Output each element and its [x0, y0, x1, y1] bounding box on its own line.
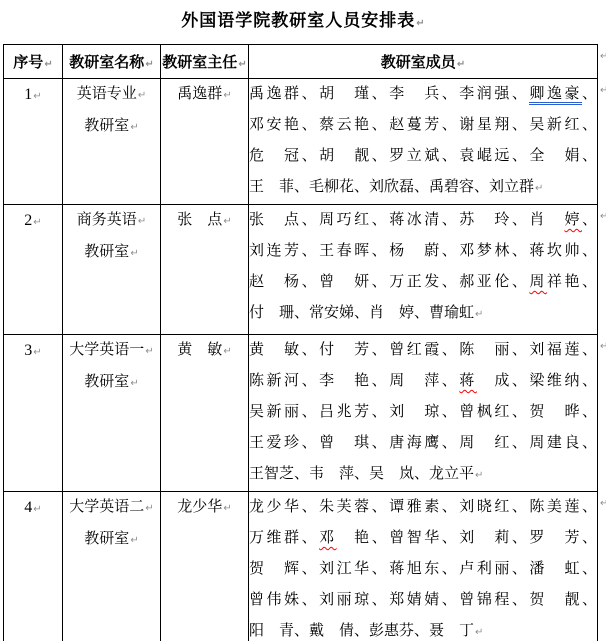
member-names-text: 刘连芳、王春晖、杨 蔚、邓梦林、蒋坎帅、	[249, 243, 597, 259]
office-name-text: 教研室	[84, 244, 129, 260]
office-name-line: 大学英语一↵	[63, 335, 160, 367]
member-names-text: 阳 青、戴 倩、彭惠芬、聂 丁	[249, 623, 474, 639]
header-office-name: 教研室名称↵	[63, 45, 161, 79]
paragraph-mark: ↵	[222, 503, 231, 514]
member-names-text: 成、梁维纳、	[477, 373, 597, 389]
table-row: 2↵商务英语↵教研室↵张 点↵张 点、周巧红、蒋冰清、苏 玲、肖 婷、刘连芳、王…	[4, 205, 598, 335]
member-names-text: 陈新河、李 艳、周 萍、	[249, 373, 459, 389]
office-name-text: 教研室	[84, 374, 129, 390]
member-names-text: 王爱珍、曾 琪、唐海鹰、周 红、周建良、	[249, 435, 597, 451]
paragraph-mark: ↵	[415, 18, 424, 29]
row-end-mark: ↵	[599, 341, 606, 352]
paragraph-mark: ↵	[32, 217, 41, 228]
member-line: 刘连芳、王春晖、杨 蔚、邓梦林、蒋坎帅、	[249, 236, 597, 267]
paragraph-mark: ↵	[32, 504, 41, 515]
office-name-text: 教研室	[84, 531, 129, 547]
office-name-text: 商务英语	[77, 212, 137, 228]
table-row: 3↵大学英语一↵教研室↵黄 敏↵黄 敏、付 芳、曾红霞、陈 丽、刘福莲、陈新河、…	[4, 335, 598, 492]
member-line: 贺 辉、刘江华、蒋旭东、卢利丽、潘 虹、	[249, 554, 597, 585]
member-name-marked: 婷	[564, 212, 582, 228]
cell-no: 4↵	[4, 492, 63, 641]
paragraph-mark: ↵	[129, 122, 138, 133]
row-end-mark: ↵	[599, 211, 606, 222]
director-name: 禹逸群↵	[161, 79, 248, 111]
document-page: 外国语学院教研室人员安排表↵ 序号↵教研室名称↵教研室主任↵教研室成员↵ 1↵英…	[0, 0, 606, 641]
cell-director: 禹逸群↵	[161, 79, 249, 205]
header-row: 序号↵教研室名称↵教研室主任↵教研室成员↵	[4, 45, 598, 79]
cell-members: 禹逸群、胡 瑾、李 兵、李润强、卿逸豪、邓安艳、蔡云艳、赵蔓芳、谢星翔、吴新红、…	[249, 79, 598, 205]
office-name-line: 教研室↵	[63, 237, 160, 269]
member-line: 张 点、周巧红、蒋冰清、苏 玲、肖 婷、	[249, 205, 597, 236]
page-title-text: 外国语学院教研室人员安排表	[181, 11, 415, 30]
office-name-text: 英语专业	[77, 86, 137, 102]
paragraph-mark: ↵	[32, 91, 41, 102]
member-line: 吴新丽、吕兆芳、刘 琼、曾枫红、贺 晔、	[249, 397, 597, 428]
member-names-text: 艳、曾智华、刘 莉、罗 芳、	[337, 530, 597, 546]
paragraph-mark: ↵	[32, 347, 41, 358]
paragraph-mark: ↵	[144, 503, 153, 514]
director-name-text: 禹逸群	[177, 86, 222, 102]
director-name: 龙少华↵	[161, 492, 248, 524]
paragraph-mark: ↵	[456, 59, 465, 70]
table-row: 1↵英语专业↵教研室↵禹逸群↵禹逸群、胡 瑾、李 兵、李润强、卿逸豪、邓安艳、蔡…	[4, 79, 598, 205]
paragraph-mark: ↵	[237, 59, 246, 70]
member-line: 万维群、邓 艳、曾智华、刘 莉、罗 芳、	[249, 523, 597, 554]
paragraph-mark: ↵	[222, 346, 231, 357]
table-header: 序号↵教研室名称↵教研室主任↵教研室成员↵	[4, 45, 598, 79]
office-name-line: 商务英语↵	[63, 205, 160, 237]
cell-director: 龙少华↵	[161, 492, 249, 641]
member-line: 曾伟姝、刘丽琼、郑婧婧、曾锦程、贺 靓、	[249, 585, 597, 616]
member-line: 付 珊、常安娣、肖 婷、曹瑜虹↵	[249, 298, 597, 330]
serial-number: 3↵	[4, 335, 62, 368]
row-end-mark: ↵	[599, 85, 606, 96]
member-names-text: 王智芝、韦 萍、吴 岚、龙立平	[249, 466, 474, 482]
member-names-text: 万维群、	[249, 530, 319, 546]
member-names-text: 吴新丽、吕兆芳、刘 琼、曾枫红、贺 晔、	[249, 404, 597, 420]
member-line: 阳 青、戴 倩、彭惠芬、聂 丁↵	[249, 616, 597, 641]
member-line: 禹逸群、胡 瑾、李 兵、李润强、卿逸豪、	[249, 79, 597, 110]
member-names-text: 贺 辉、刘江华、蒋旭东、卢利丽、潘 虹、	[249, 561, 597, 577]
table-row: 4↵大学英语二↵教研室↵龙少华↵龙少华、朱芙蓉、谭雅素、刘晓红、陈美莲、万维群、…	[4, 492, 598, 641]
row-end-mark: ↵	[599, 498, 606, 509]
header-no: 序号↵	[4, 45, 63, 79]
member-name-marked: 邓	[319, 530, 337, 546]
paragraph-mark: ↵	[129, 535, 138, 546]
paragraph-mark: ↵	[129, 378, 138, 389]
header-members: 教研室成员↵	[249, 45, 598, 79]
member-line: 王爱珍、曾 琪、唐海鹰、周 红、周建良、	[249, 428, 597, 459]
cell-no: 3↵	[4, 335, 63, 492]
cell-director: 张 点↵	[161, 205, 249, 335]
member-line: 王 菲、毛柳花、刘欣磊、禹碧容、刘立群↵	[249, 172, 597, 204]
director-name: 黄 敏↵	[161, 335, 248, 367]
office-name-line: 教研室↵	[63, 111, 160, 143]
cell-office-name: 英语专业↵教研室↵	[63, 79, 161, 205]
serial-number: 2↵	[4, 205, 62, 238]
member-name-marked: 卿逸豪	[529, 86, 582, 105]
header-label: 教研室成员	[381, 55, 456, 71]
cell-no: 1↵	[4, 79, 63, 205]
office-name-line: 大学英语二↵	[63, 492, 160, 524]
director-name: 张 点↵	[161, 205, 248, 237]
member-names-text: 危 冠、胡 靓、罗立斌、袁崐远、全 娟、	[249, 148, 597, 164]
member-names-text: 黄 敏、付 芳、曾红霞、陈 丽、刘福莲、	[249, 342, 597, 358]
member-name-marked: 周	[529, 274, 547, 290]
row-end-mark: ↵	[599, 51, 606, 62]
office-name-line: 英语专业↵	[63, 79, 160, 111]
paragraph-mark: ↵	[534, 183, 543, 194]
paragraph-mark: ↵	[144, 59, 153, 70]
header-label: 教研室名称	[69, 55, 144, 71]
header-label: 序号	[13, 55, 43, 71]
paragraph-mark: ↵	[137, 216, 146, 227]
paragraph-mark: ↵	[129, 248, 138, 259]
serial-number: 1↵	[4, 79, 62, 112]
director-name-text: 黄 敏	[177, 342, 222, 358]
office-name-text: 大学英语一	[69, 342, 144, 358]
member-names-text: 赵 杨、曾 妍、万正发、郝亚伦、	[249, 274, 529, 290]
cell-director: 黄 敏↵	[161, 335, 249, 492]
member-line: 邓安艳、蔡云艳、赵蔓芳、谢星翔、吴新红、	[249, 110, 597, 141]
director-name-text: 张 点	[177, 212, 222, 228]
member-names-text: 曾伟姝、刘丽琼、郑婧婧、曾锦程、贺 靓、	[249, 592, 597, 608]
paragraph-mark: ↵	[222, 90, 231, 101]
member-names-text: 龙少华、朱芙蓉、谭雅素、刘晓红、陈美莲、	[249, 499, 597, 515]
paragraph-mark: ↵	[222, 216, 231, 227]
serial-number: 4↵	[4, 492, 62, 525]
cell-members: 龙少华、朱芙蓉、谭雅素、刘晓红、陈美莲、万维群、邓 艳、曾智华、刘 莉、罗 芳、…	[249, 492, 598, 641]
office-name-text: 大学英语二	[69, 499, 144, 515]
cell-office-name: 大学英语一↵教研室↵	[63, 335, 161, 492]
member-line: 危 冠、胡 靓、罗立斌、袁崐远、全 娟、	[249, 141, 597, 172]
member-names-text: 付 珊、常安娣、肖 婷、曹瑜虹	[249, 305, 474, 321]
office-name-text: 教研室	[84, 118, 129, 134]
table-body: 1↵英语专业↵教研室↵禹逸群↵禹逸群、胡 瑾、李 兵、李润强、卿逸豪、邓安艳、蔡…	[4, 79, 598, 641]
paragraph-mark: ↵	[474, 627, 483, 638]
member-names-text: 、	[582, 212, 597, 228]
member-names-text: 邓安艳、蔡云艳、赵蔓芳、谢星翔、吴新红、	[249, 117, 597, 133]
paragraph-mark: ↵	[144, 346, 153, 357]
cell-office-name: 大学英语二↵教研室↵	[63, 492, 161, 641]
office-name-line: 教研室↵	[63, 367, 160, 399]
member-names-text: 祥艳、	[547, 274, 597, 290]
member-line: 龙少华、朱芙蓉、谭雅素、刘晓红、陈美莲、	[249, 492, 597, 523]
cell-office-name: 商务英语↵教研室↵	[63, 205, 161, 335]
page-title: 外国语学院教研室人员安排表↵	[0, 0, 606, 36]
member-line: 陈新河、李 艳、周 萍、蒋 成、梁维纳、	[249, 366, 597, 397]
header-director: 教研室主任↵	[161, 45, 249, 79]
paragraph-mark: ↵	[43, 59, 52, 70]
cell-members: 张 点、周巧红、蒋冰清、苏 玲、肖 婷、刘连芳、王春晖、杨 蔚、邓梦林、蒋坎帅、…	[249, 205, 598, 335]
member-line: 王智芝、韦 萍、吴 岚、龙立平↵	[249, 459, 597, 491]
member-line: 赵 杨、曾 妍、万正发、郝亚伦、周祥艳、	[249, 267, 597, 298]
member-names-text: 禹逸群、胡 瑾、李 兵、李润强、	[249, 86, 529, 102]
member-names-text: 张 点、周巧红、蒋冰清、苏 玲、肖	[249, 212, 564, 228]
paragraph-mark: ↵	[137, 90, 146, 101]
cell-no: 2↵	[4, 205, 63, 335]
office-name-line: 教研室↵	[63, 524, 160, 556]
member-name-marked: 蒋	[459, 373, 477, 389]
cell-members: 黄 敏、付 芳、曾红霞、陈 丽、刘福莲、陈新河、李 艳、周 萍、蒋 成、梁维纳、…	[249, 335, 598, 492]
paragraph-mark: ↵	[474, 309, 483, 320]
paragraph-mark: ↵	[474, 470, 483, 481]
header-label: 教研室主任	[162, 55, 237, 71]
member-names-text: 、	[582, 86, 597, 102]
member-names-text: 王 菲、毛柳花、刘欣磊、禹碧容、刘立群	[249, 179, 534, 195]
member-line: 黄 敏、付 芳、曾红霞、陈 丽、刘福莲、	[249, 335, 597, 366]
personnel-table: 序号↵教研室名称↵教研室主任↵教研室成员↵ 1↵英语专业↵教研室↵禹逸群↵禹逸群…	[3, 44, 598, 641]
director-name-text: 龙少华	[177, 499, 222, 515]
